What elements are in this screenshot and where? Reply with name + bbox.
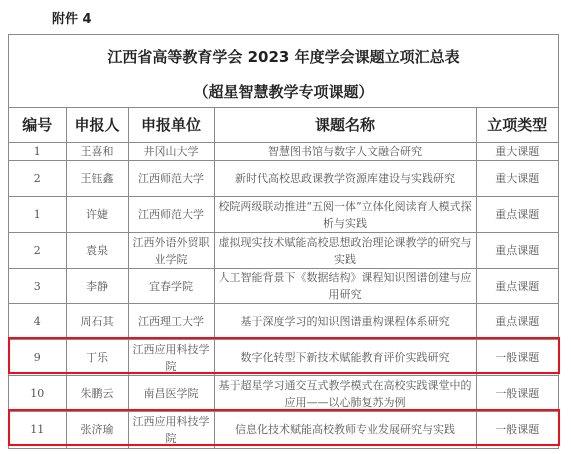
cell-no: 9: [9, 340, 66, 376]
cell-no: 1: [9, 143, 66, 161]
data-table: 编号 申报人 申报单位 课题名称 立项类型 1 王喜和 井冈山大学 智慧图书馆与…: [9, 108, 558, 448]
cell-applicant: 王喜和: [66, 143, 128, 161]
cell-type: 重点课题: [476, 304, 558, 340]
project-summary-table: 江西省高等教育学会 2023 年度学会课题立项汇总表 （超星智慧教学专项课题） …: [8, 34, 559, 449]
cell-applicant: 李静: [66, 269, 128, 304]
cell-applicant: 周石其: [66, 304, 128, 340]
header-type: 立项类型: [476, 108, 558, 143]
cell-no: 2: [9, 233, 66, 269]
cell-applicant: 许婕: [66, 197, 128, 233]
cell-unit: 南昌医学院: [128, 376, 214, 412]
header-row: 编号 申报人 申报单位 课题名称 立项类型: [9, 108, 558, 143]
header-unit: 申报单位: [128, 108, 214, 143]
header-topic: 课题名称: [214, 108, 476, 143]
cell-unit: 江西应用科技学院: [128, 412, 214, 448]
cell-applicant: 丁乐: [66, 340, 128, 376]
cell-topic: 基于深度学习的知识图谱重构课程体系研究: [214, 304, 476, 340]
table-row: 1 许婕 江西师范大学 校院两级联动推进“五阅一体”立体化阅读育人模式探析与实践…: [9, 197, 558, 233]
table-row: 3 李静 宜春学院 人工智能背景下《数据结构》课程知识图谱创建与应用研究 重点课…: [9, 269, 558, 304]
cell-topic: 基于超星学习通交互式教学模式在高校实践课堂中的应用——以心肺复苏为例: [214, 376, 476, 412]
cell-topic: 人工智能背景下《数据结构》课程知识图谱创建与应用研究: [214, 269, 476, 304]
cell-applicant: 王钰鑫: [66, 161, 128, 197]
cell-no: 11: [9, 412, 66, 448]
cell-type: 重大课题: [476, 161, 558, 197]
cell-type: 重点课题: [476, 269, 558, 304]
cell-unit: 江西师范大学: [128, 197, 214, 233]
cell-no: 10: [9, 376, 66, 412]
cell-unit: 井冈山大学: [128, 143, 214, 161]
cell-type: 重点课题: [476, 233, 558, 269]
cell-applicant: 张济瑜: [66, 412, 128, 448]
header-no: 编号: [9, 108, 66, 143]
cell-type: 一般课题: [476, 376, 558, 412]
cell-no: 2: [9, 161, 66, 197]
table-row: 1 王喜和 井冈山大学 智慧图书馆与数字人文融合研究 重大课题: [9, 143, 558, 161]
cell-no: 4: [9, 304, 66, 340]
cell-type: 重大课题: [476, 143, 558, 161]
cell-no: 1: [9, 197, 66, 233]
table-row: 2 袁泉 江西外语外贸职业学院 虚拟现实技术赋能高校思想政治理论课教学的研究与实…: [9, 233, 558, 269]
cell-no: 3: [9, 269, 66, 304]
cell-unit: 江西理工大学: [128, 304, 214, 340]
table-row: 2 王钰鑫 江西师范大学 新时代高校思政课教学资源库建设与实践研究 重大课题: [9, 161, 558, 197]
cell-applicant: 袁泉: [66, 233, 128, 269]
table-subtitle: （超星智慧教学专项课题）: [9, 81, 558, 102]
table-title-block: 江西省高等教育学会 2023 年度学会课题立项汇总表 （超星智慧教学专项课题）: [9, 35, 558, 108]
table-row: 10 朱鹏云 南昌医学院 基于超星学习通交互式教学模式在高校实践课堂中的应用——…: [9, 376, 558, 412]
cell-type: 重点课题: [476, 197, 558, 233]
table-row-highlighted: 9 丁乐 江西应用科技学院 数字化转型下新技术赋能教育评价实践研究 一般课题: [9, 340, 558, 376]
cell-unit: 江西外语外贸职业学院: [128, 233, 214, 269]
cell-topic: 智慧图书馆与数字人文融合研究: [214, 143, 476, 161]
cell-type: 一般课题: [476, 412, 558, 448]
cell-topic: 新时代高校思政课教学资源库建设与实践研究: [214, 161, 476, 197]
table-row: 4 周石其 江西理工大学 基于深度学习的知识图谱重构课程体系研究 重点课题: [9, 304, 558, 340]
attachment-label: 附件 4: [52, 8, 92, 27]
header-applicant: 申报人: [66, 108, 128, 143]
cell-topic: 校院两级联动推进“五阅一体”立体化阅读育人模式探析与实践: [214, 197, 476, 233]
table-title: 江西省高等教育学会 2023 年度学会课题立项汇总表: [9, 35, 558, 67]
cell-unit: 江西师范大学: [128, 161, 214, 197]
table-row-highlighted: 11 张济瑜 江西应用科技学院 信息化技术赋能高校教师专业发展研究与实践 一般课…: [9, 412, 558, 448]
cell-topic: 虚拟现实技术赋能高校思想政治理论课教学的研究与实践: [214, 233, 476, 269]
cell-unit: 江西应用科技学院: [128, 340, 214, 376]
cell-applicant: 朱鹏云: [66, 376, 128, 412]
cell-type: 一般课题: [476, 340, 558, 376]
cell-topic: 数字化转型下新技术赋能教育评价实践研究: [214, 340, 476, 376]
cell-unit: 宜春学院: [128, 269, 214, 304]
cell-topic: 信息化技术赋能高校教师专业发展研究与实践: [214, 412, 476, 448]
